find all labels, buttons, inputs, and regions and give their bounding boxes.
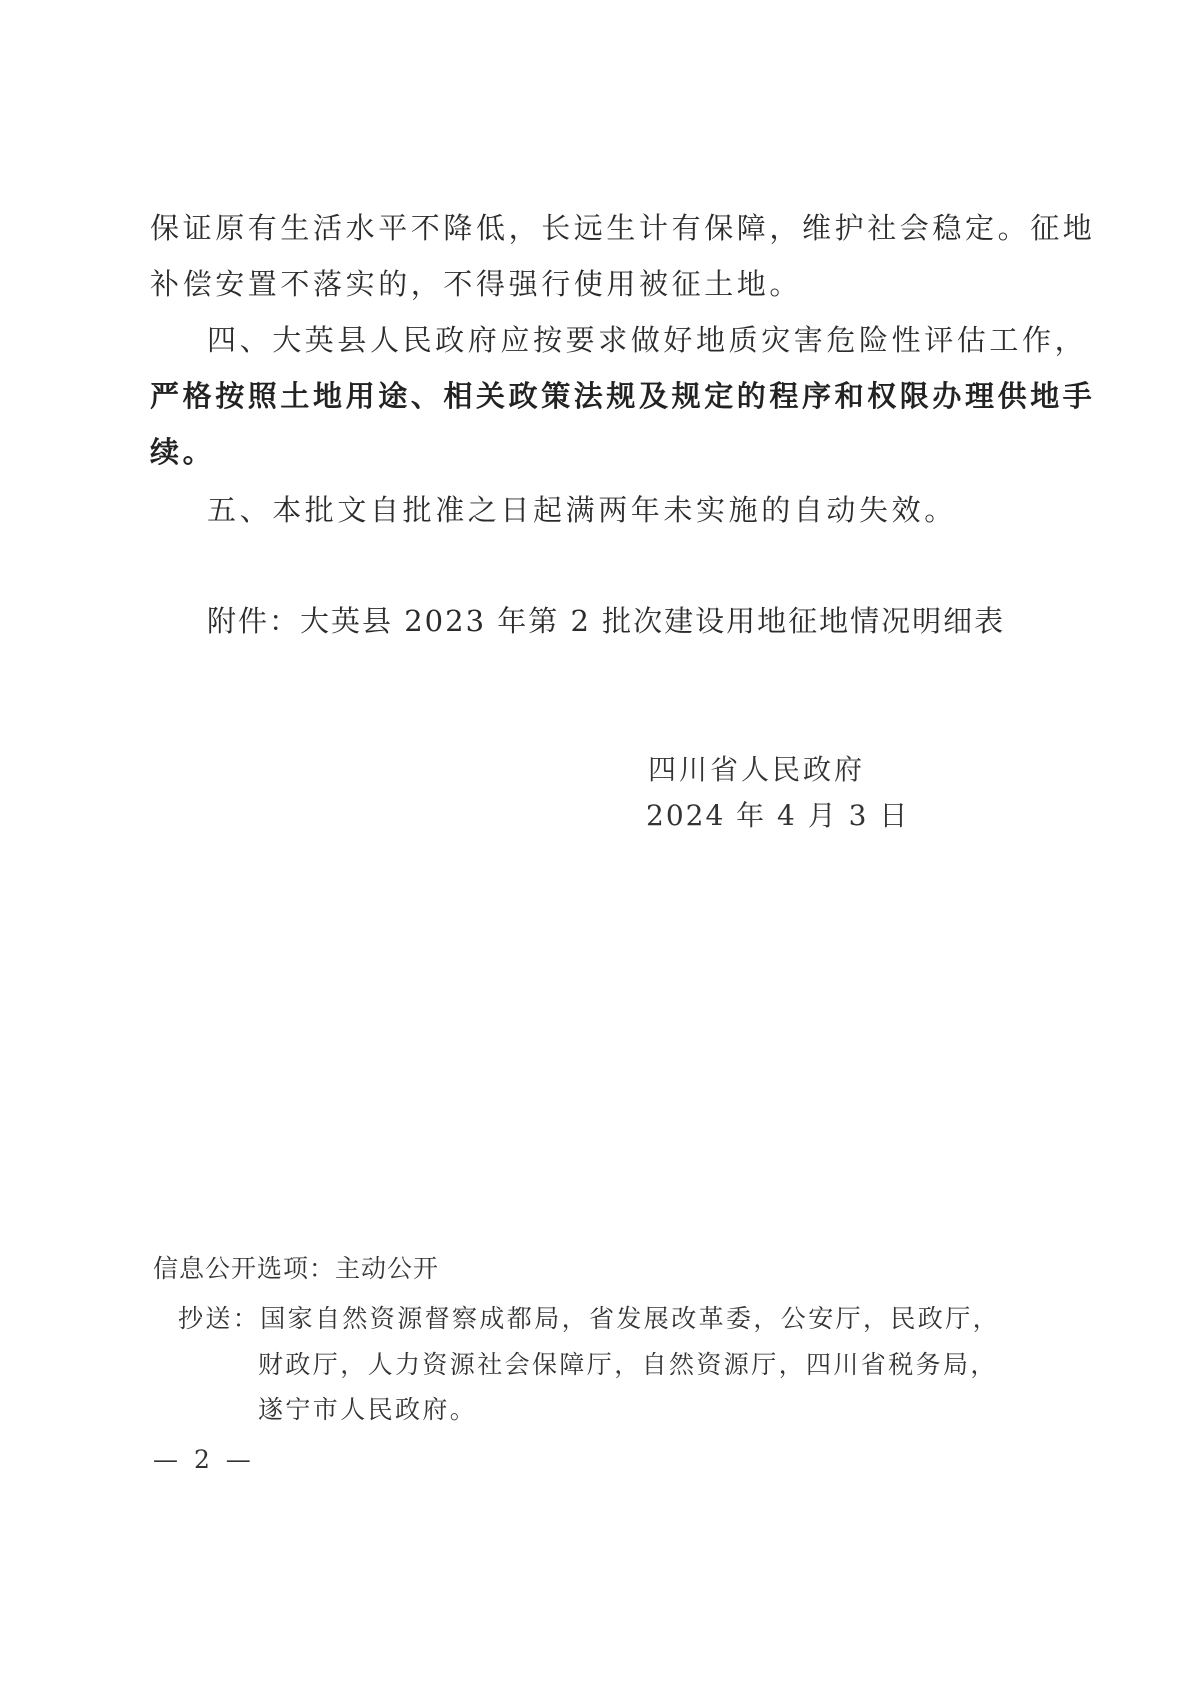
cc-line: 抄送：国家自然资源督察成都局，省发展改革委，公安厅，民政厅， [178,1303,1000,1335]
body-text-line: 续。 [150,434,215,470]
body-text-line: 补偿安置不落实的，不得强行使用被征土地。 [150,266,802,302]
cc-line: 遂宁市人民政府。 [258,1394,477,1426]
body-text-line: 保证原有生活水平不降低，长远生计有保障，维护社会稳定。征地 [150,210,1095,246]
issue-date: 2024 年 4 月 3 日 [646,798,909,834]
page-number: — 2 — [153,1444,255,1476]
disclosure-option: 信息公开选项：主动公开 [153,1253,439,1285]
cc-line: 财政厅，人力资源社会保障厅，自然资源厅，四川省税务局， [258,1349,998,1381]
body-text-line: 五、本批文自批准之日起满两年未实施的自动失效。 [207,492,957,528]
issuer-name: 四川省人民政府 [648,752,865,788]
document-page: 保证原有生活水平不降低，长远生计有保障，维护社会稳定。征地 补偿安置不落实的，不… [0,0,1191,1684]
attachment-line: 附件：大英县 2023 年第 2 批次建设用地征地情况明细表 [207,603,1005,639]
body-text-line: 严格按照土地用途、相关政策法规及规定的程序和权限办理供地手 [150,378,1095,414]
body-text-line: 四、大英县人民政府应按要求做好地质灾害危险性评估工作， [207,322,1087,358]
